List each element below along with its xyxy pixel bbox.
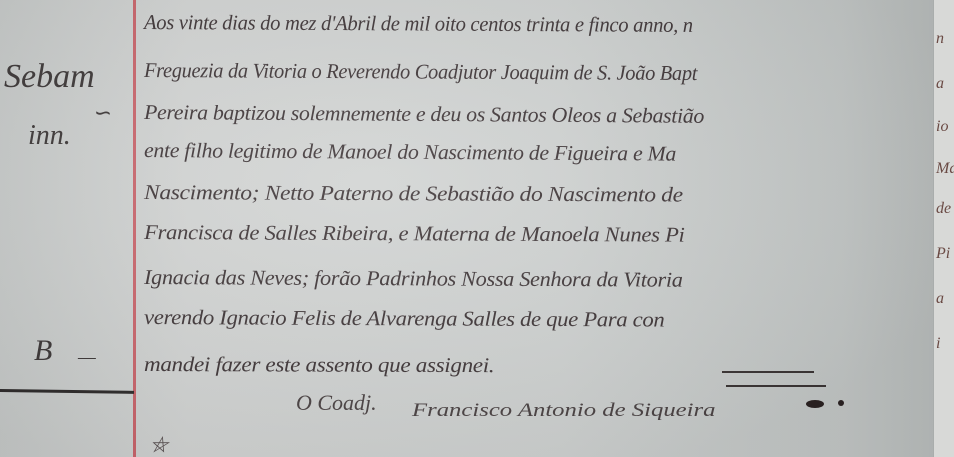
adjacent-fragment: io — [936, 118, 948, 136]
closing-rule-bottom — [726, 385, 826, 387]
adjacent-fragment: de — [936, 200, 951, 218]
next-entry-fragment: ⛤ — [150, 432, 168, 457]
record-line-6: Francisca de Salles Ribeira, e Materna d… — [144, 220, 685, 248]
margin-dash: — — [78, 346, 96, 369]
record-line-8: verendo Ignacio Felis de Alvarenga Salle… — [144, 305, 665, 333]
record-line-1: Aos vinte dias do mez d'Abril de mil oit… — [144, 10, 693, 38]
signature-title: O Coadj. — [296, 390, 377, 416]
record-line-9: mandei fazer este assento que assignei. — [144, 352, 494, 378]
margin-name-line1: Sebam — [4, 58, 95, 96]
adjacent-fragment: a — [936, 75, 944, 93]
ink-dot — [838, 400, 844, 406]
adjacent-fragment: n — [936, 30, 944, 48]
ink-blot — [806, 400, 824, 408]
margin-rule — [133, 0, 136, 457]
adjacent-fragment: i — [936, 335, 940, 353]
entry-divider — [0, 389, 134, 394]
margin-mark: B — [34, 334, 52, 368]
record-line-2: Freguezia da Vitoria o Reverendo Coadjut… — [144, 58, 697, 86]
margin-flourish: ∽ — [92, 100, 110, 126]
adjacent-fragment: Pi — [936, 245, 950, 263]
signature-name: Francisco Antonio de Siqueira — [412, 400, 715, 422]
adjacent-fragment: a — [936, 290, 944, 308]
margin-name-line2: inn. — [28, 120, 71, 152]
manuscript-page: Sebam inn. ∽ B — Aos vinte dias do mez d… — [0, 0, 935, 457]
record-line-3: Pereira baptizou solemnemente e deu os S… — [144, 100, 704, 129]
record-line-4: ente filho legitimo de Manoel do Nascime… — [144, 138, 676, 167]
record-line-5: Nascimento; Netto Paterno de Sebastião d… — [144, 180, 683, 208]
adjacent-page-edge: n a io Ma de Pi a i — [933, 0, 954, 457]
record-line-7: Ignacia das Neves; forão Padrinhos Nossa… — [144, 265, 683, 293]
closing-rule-top — [722, 371, 814, 373]
adjacent-fragment: Ma — [936, 160, 954, 178]
